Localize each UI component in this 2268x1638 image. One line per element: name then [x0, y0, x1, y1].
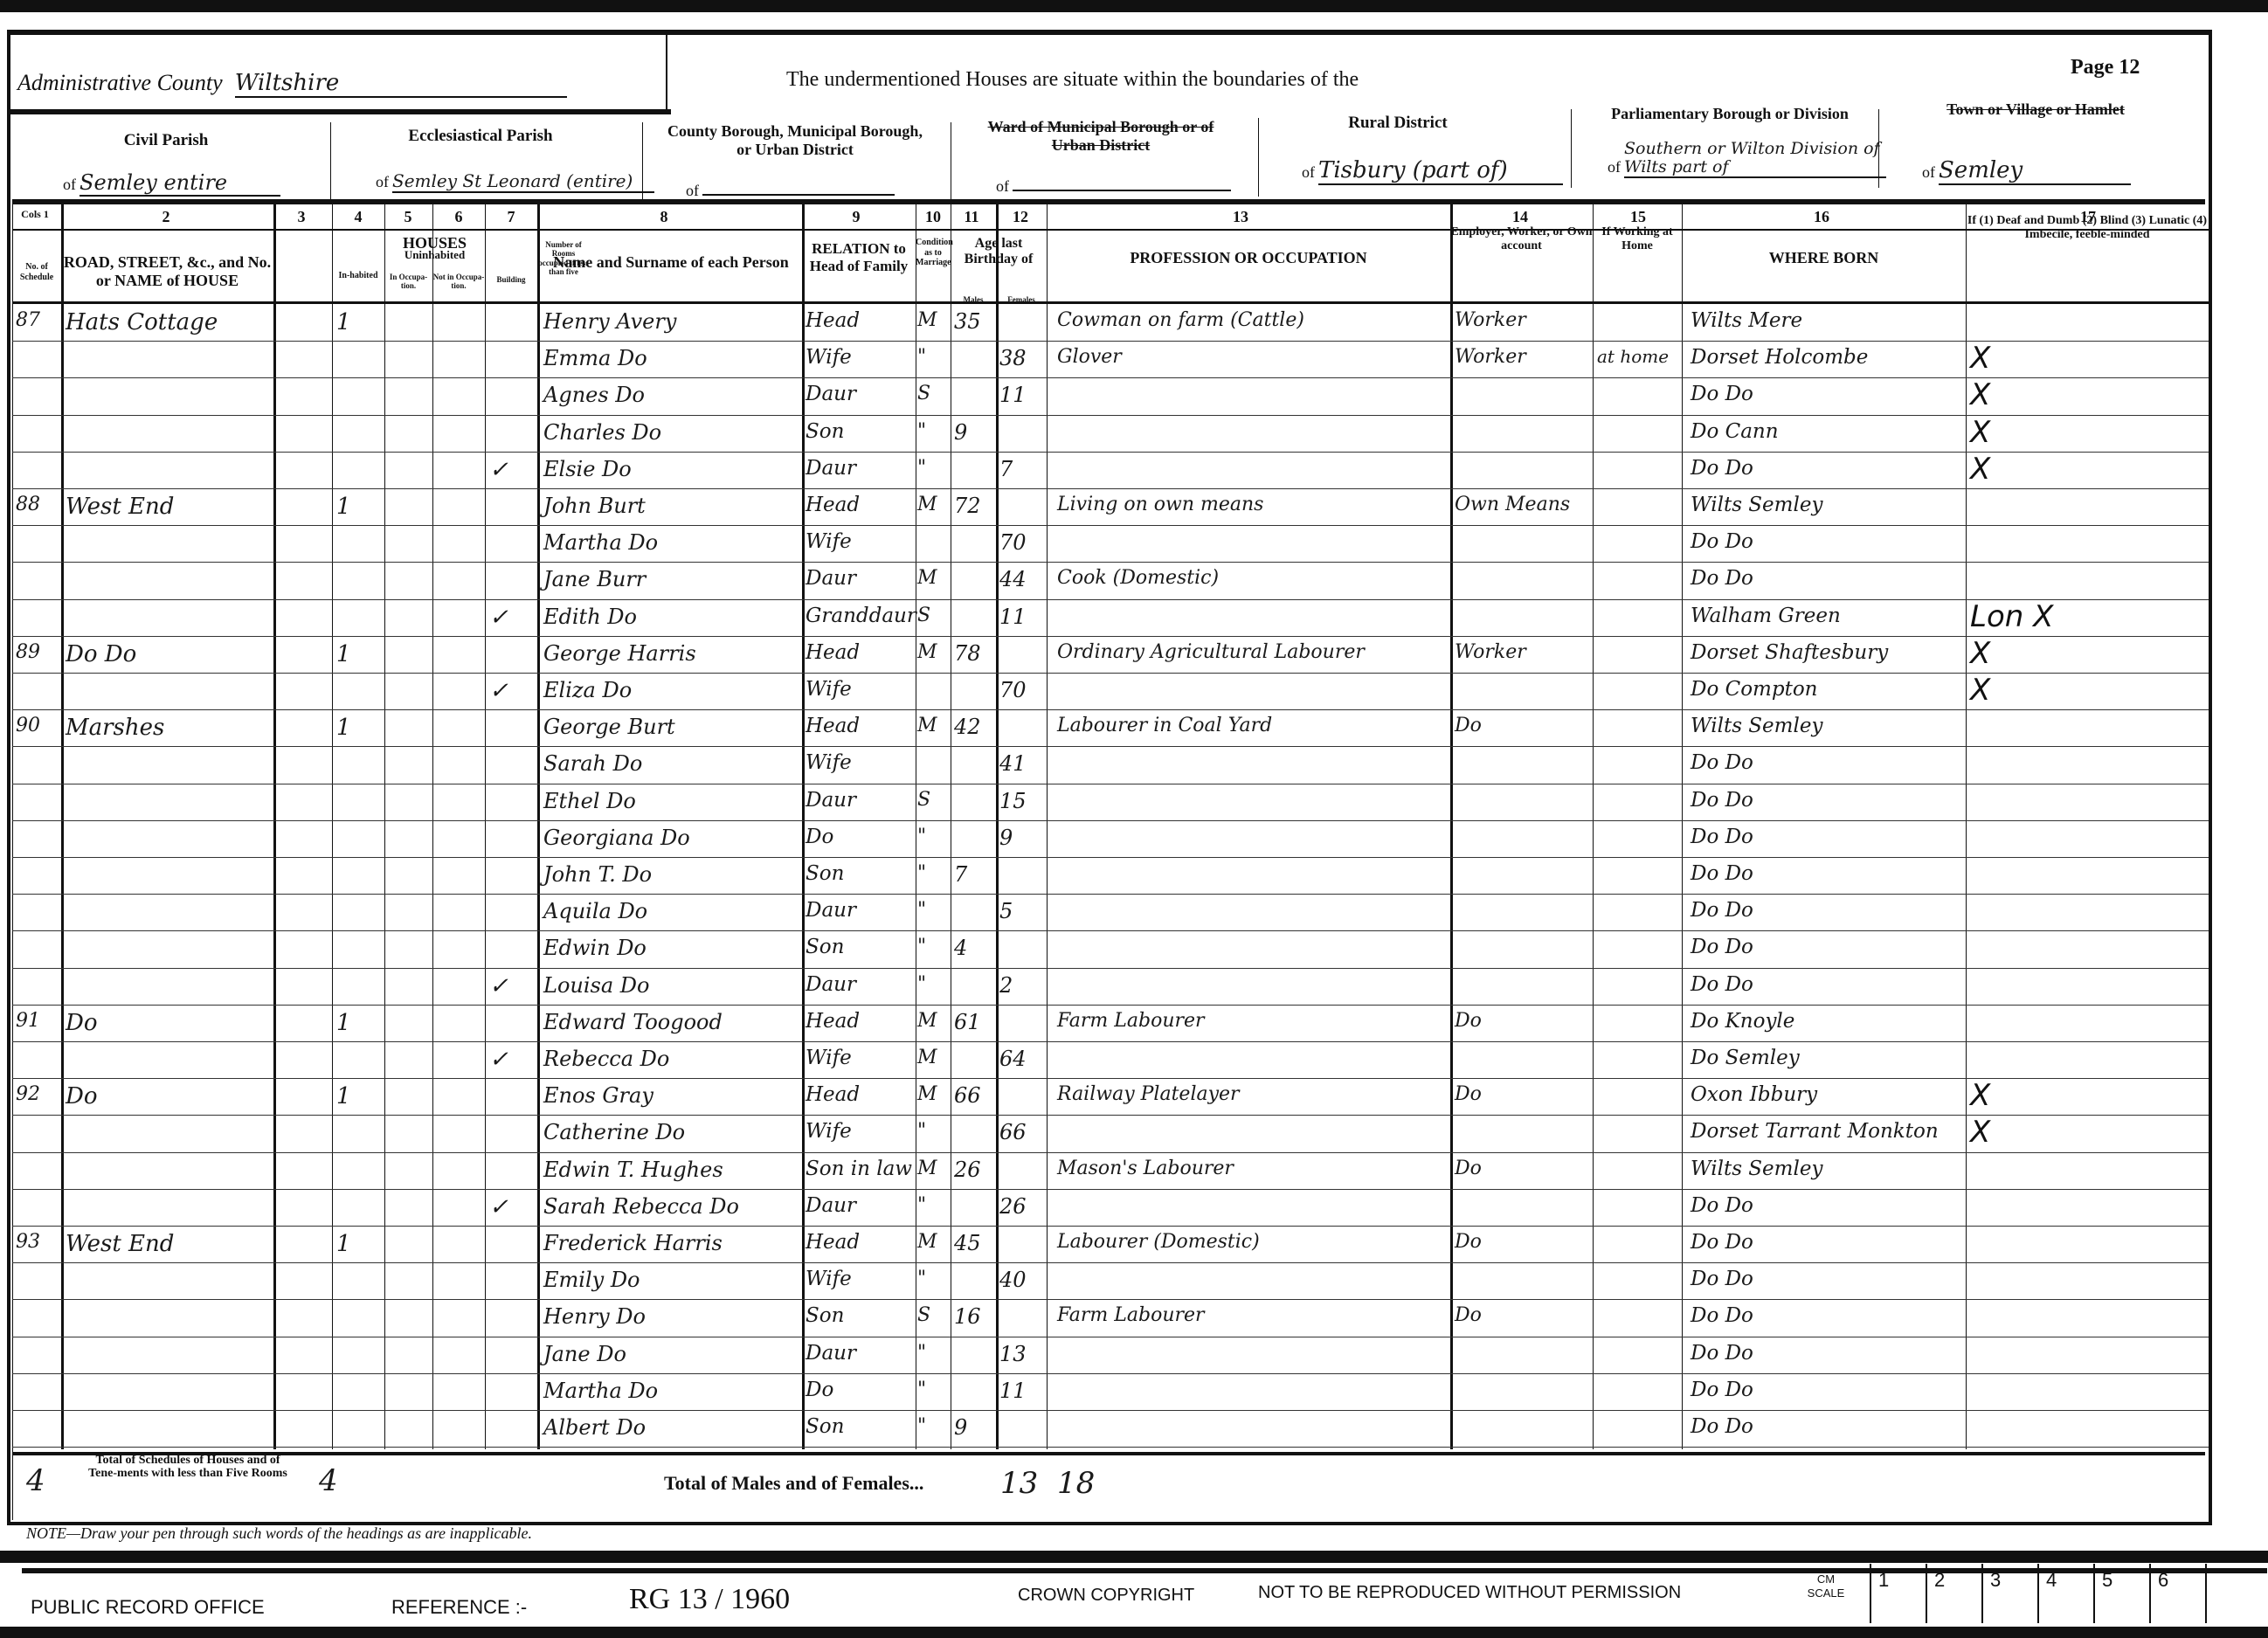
admin-county-label: Administrative County	[17, 70, 223, 95]
relation: Wife	[806, 751, 915, 774]
schedule-number: 88	[16, 494, 59, 515]
row-rule	[12, 784, 2209, 784]
age-female: 15	[999, 789, 1045, 813]
infirmity: X	[1970, 1078, 2206, 1113]
row-rule	[12, 1262, 2209, 1263]
condition: "	[917, 936, 949, 957]
age-male: 72	[954, 494, 996, 518]
row-rule	[12, 746, 2209, 747]
where-born: Do Do	[1691, 457, 1966, 480]
ward-value	[1013, 170, 1231, 191]
relation: Son	[806, 420, 915, 443]
age-female: 44	[999, 567, 1045, 591]
person-name: Rebecca Do	[543, 1047, 801, 1071]
town-village-label: Town or Village or Hamlet	[1905, 100, 2167, 119]
where-born: Do Do	[1691, 936, 1966, 958]
footer-reference: RG 13 / 1960	[629, 1583, 790, 1616]
scale-mark: 1	[1870, 1564, 1926, 1623]
employer-status: Own Means	[1455, 494, 1590, 515]
footer-copyright: CROWN COPYRIGHT	[1018, 1586, 1194, 1606]
age-male: 9	[954, 420, 996, 445]
building-mark: ✓	[489, 457, 533, 483]
divider	[1258, 118, 1259, 197]
relation: Head	[806, 715, 915, 737]
condition: M	[917, 1158, 949, 1179]
county-borough-value	[702, 175, 895, 196]
relation: Wife	[806, 1120, 915, 1143]
where-born: Do Knoyle	[1691, 1010, 1966, 1033]
row-rule	[12, 1226, 2209, 1227]
where-born: Do Do	[1691, 899, 1966, 922]
relation: Wife	[806, 678, 915, 701]
schedule-number: 92	[16, 1083, 59, 1105]
occupation-header: PROFESSION OR OCCUPATION	[1047, 249, 1450, 267]
person-name: George Burt	[543, 715, 801, 739]
road-name: West End	[66, 1231, 271, 1257]
column-number: 12	[994, 208, 1047, 226]
person-name: Albert Do	[543, 1415, 801, 1440]
where-born-header: WHERE BORN	[1682, 249, 1966, 267]
where-born: Wilts Semley	[1691, 494, 1966, 516]
employer-status: Do	[1455, 1304, 1590, 1326]
row-rule	[12, 673, 2209, 674]
relation: Daur	[806, 899, 915, 922]
employer-status: Do	[1455, 1083, 1590, 1105]
relation: Head	[806, 641, 915, 664]
relation: Son	[806, 1415, 915, 1438]
column-number: 15	[1612, 208, 1664, 226]
column-number: 2	[140, 208, 192, 226]
working-at-home: at home	[1597, 346, 1680, 367]
occupation: Labourer in Coal Yard	[1057, 715, 1450, 736]
column-number: 7	[485, 208, 537, 226]
county-borough: of	[686, 175, 895, 200]
column-number: 14	[1494, 208, 1546, 226]
relation: Wife	[806, 530, 915, 553]
where-born: Do Do	[1691, 1268, 1966, 1290]
condition: M	[917, 1083, 949, 1105]
row-rule	[12, 415, 2209, 416]
footer-reference-label: REFERENCE :-	[391, 1596, 527, 1619]
admin-county-value: Wiltshire	[235, 70, 567, 98]
where-born: Do Do	[1691, 1231, 1966, 1254]
age-female: 5	[999, 899, 1045, 923]
person-name: Elsie Do	[543, 457, 801, 481]
row-rule	[12, 894, 2209, 895]
row-rule	[12, 1041, 2209, 1042]
total-schedules: 4	[26, 1463, 45, 1498]
where-born: Do Do	[1691, 789, 1966, 812]
employer-status: Do	[1455, 1158, 1590, 1179]
age-male: 61	[954, 1010, 996, 1034]
condition: "	[917, 862, 949, 884]
row-rule	[12, 1005, 2209, 1006]
scale-mark: 4	[2037, 1564, 2093, 1623]
condition: S	[917, 1304, 949, 1326]
condition: "	[917, 826, 949, 847]
rural-district: of Tisbury (part of)	[1302, 157, 1563, 185]
person-name: Henry Do	[543, 1304, 801, 1329]
relation: Son	[806, 936, 915, 958]
employer-status: Worker	[1455, 309, 1590, 331]
occupation: Railway Platelayer	[1057, 1083, 1450, 1105]
occupation: Ordinary Agricultural Labourer	[1057, 641, 1450, 663]
road-name: Hats Cottage	[66, 309, 271, 335]
row-rule	[12, 562, 2209, 563]
county-borough-label: County Borough, Municipal Borough, or Ur…	[664, 122, 926, 158]
person-name: Edward Toogood	[543, 1010, 801, 1034]
infirmity-header: If (1) Deaf and Dumb (2) Blind (3) Lunat…	[1966, 214, 2209, 242]
person-name: Charles Do	[543, 420, 801, 445]
scale-mark: 2	[1926, 1564, 1981, 1623]
building-mark: ✓	[489, 605, 533, 631]
infirmity: X	[1970, 636, 2206, 671]
person-name: George Harris	[543, 641, 801, 666]
building-header: Building	[485, 275, 537, 284]
divider	[12, 199, 2205, 204]
row-rule	[12, 857, 2209, 858]
divider	[330, 122, 331, 201]
civil-parish-label: Civil Parish	[17, 131, 315, 150]
occupation: Labourer (Domestic)	[1057, 1231, 1450, 1253]
condition: "	[917, 1379, 949, 1400]
where-born: Dorset Tarrant Monkton	[1691, 1120, 1966, 1143]
row-rule	[12, 1373, 2209, 1374]
age-female: 11	[999, 605, 1045, 629]
parliamentary-borough: of Southern or Wilton Division of Wilts …	[1608, 140, 1896, 178]
condition: "	[917, 346, 949, 368]
occupation: Cowman on farm (Cattle)	[1057, 309, 1450, 331]
age-female: 70	[999, 678, 1045, 702]
note: NOTE—Draw your pen through such words of…	[26, 1524, 532, 1543]
age-female: 38	[999, 346, 1045, 370]
footer-office: PUBLIC RECORD OFFICE	[31, 1596, 265, 1619]
where-born: Do Do	[1691, 973, 1966, 996]
employer-header: Employer, Worker, or Own account	[1450, 225, 1593, 253]
name-header: Name and Surname of each Person	[540, 253, 802, 272]
inhabited-count: 1	[336, 309, 380, 335]
rural-district-value: Tisbury (part of)	[1318, 157, 1563, 185]
where-born: Do Compton	[1691, 678, 1966, 701]
age-female: 70	[999, 530, 1045, 555]
road-name: Do	[66, 1010, 271, 1036]
at-home-header: If Working at Home	[1593, 225, 1682, 253]
where-born: Wilts Semley	[1691, 1158, 1966, 1180]
road-name: Marshes	[66, 715, 271, 741]
row-rule	[12, 1447, 2209, 1448]
row-rule	[12, 930, 2209, 931]
building-mark: ✓	[489, 973, 533, 999]
person-name: Frederick Harris	[543, 1231, 801, 1255]
row-rule	[12, 709, 2209, 710]
condition: "	[917, 1342, 949, 1364]
person-name: John T. Do	[543, 862, 801, 887]
person-name: Edith Do	[543, 605, 801, 629]
total-females: 18	[1057, 1466, 1095, 1501]
where-born: Do Do	[1691, 567, 1966, 590]
relation: Daur	[806, 383, 915, 405]
condition: M	[917, 1047, 949, 1068]
scan-edge-top	[0, 0, 2268, 12]
age-female: 64	[999, 1047, 1045, 1071]
rural-district-label: Rural District	[1276, 114, 1520, 133]
relation: Son	[806, 1304, 915, 1327]
divider	[1571, 109, 1572, 188]
row-rule	[12, 1078, 2209, 1079]
person-name: Sarah Do	[543, 751, 801, 776]
where-born: Do Do	[1691, 1342, 1966, 1365]
row-rule	[12, 452, 2209, 453]
condition: "	[917, 1415, 949, 1437]
row-rule	[12, 599, 2209, 600]
condition: M	[917, 567, 949, 589]
relation: Head	[806, 494, 915, 516]
where-born: Do Do	[1691, 1194, 1966, 1217]
age-female: 9	[999, 826, 1045, 850]
employer-status: Worker	[1455, 641, 1590, 663]
age-male: 35	[954, 309, 996, 334]
footer-permission: NOT TO BE REPRODUCED WITHOUT PERMISSION	[1258, 1583, 1681, 1603]
age-female: 66	[999, 1120, 1045, 1144]
age-male: 16	[954, 1304, 996, 1329]
column-number: Cols 1	[9, 208, 61, 221]
row-rule	[12, 525, 2209, 526]
schedule-number: 91	[16, 1010, 59, 1032]
occupation: Farm Labourer	[1057, 1304, 1450, 1326]
age-male: 78	[954, 641, 996, 666]
occupation: Glover	[1057, 346, 1450, 368]
inhabited-count: 1	[336, 1231, 380, 1257]
person-name: Edwin Do	[543, 936, 801, 960]
relation: Daur	[806, 1194, 915, 1217]
relation: Wife	[806, 1047, 915, 1069]
inhabited-count: 1	[336, 1083, 380, 1109]
age-male: 26	[954, 1158, 996, 1182]
relation: Daur	[806, 567, 915, 590]
person-name: Jane Do	[543, 1342, 801, 1366]
inhabited-header: In-habited	[332, 271, 384, 281]
condition: S	[917, 605, 949, 626]
occupation: Farm Labourer	[1057, 1010, 1450, 1032]
condition: M	[917, 641, 949, 663]
person-name: Eliza Do	[543, 678, 801, 702]
column-number: 16	[1795, 208, 1848, 226]
ecclesiastical-parish-label: Ecclesiastical Parish	[332, 127, 629, 146]
scale-mark: 6	[2149, 1564, 2205, 1623]
column-number: 13	[1214, 208, 1267, 226]
age-female: 40	[999, 1268, 1045, 1292]
total-houses: 4	[319, 1463, 338, 1498]
divider	[12, 229, 2209, 231]
age-female: 7	[999, 457, 1045, 481]
scale-end	[2205, 1564, 2259, 1623]
condition-header: Condition as to Marriage	[916, 238, 951, 268]
relation: Do	[806, 1379, 915, 1401]
building-mark: ✓	[489, 678, 533, 704]
where-born: Dorset Shaftesbury	[1691, 641, 1966, 664]
row-rule	[12, 1189, 2209, 1190]
ward: of	[996, 170, 1231, 196]
person-name: Aquila Do	[543, 899, 801, 923]
condition: M	[917, 715, 949, 736]
relation: Daur	[806, 1342, 915, 1365]
age-female: 11	[999, 1379, 1045, 1403]
condition: "	[917, 457, 949, 479]
cm-scale: 123456	[1870, 1564, 2259, 1623]
occupation: Mason's Labourer	[1057, 1158, 1450, 1179]
where-born: Do Do	[1691, 383, 1966, 405]
condition: M	[917, 1010, 949, 1032]
column-number: 3	[275, 208, 328, 226]
infirmity: X	[1970, 341, 2206, 376]
row-rule	[12, 1152, 2209, 1153]
condition: M	[917, 494, 949, 515]
parliamentary-borough-label: Parliamentary Borough or Division	[1599, 105, 1861, 123]
row-rule	[12, 1299, 2209, 1300]
where-born: Wilts Mere	[1691, 309, 1966, 332]
person-name: Georgiana Do	[543, 826, 801, 850]
relation: Wife	[806, 346, 915, 369]
person-name: Catherine Do	[543, 1120, 801, 1144]
condition: "	[917, 420, 949, 442]
road-name: Do	[66, 1083, 271, 1109]
person-name: Enos Gray	[543, 1083, 801, 1108]
schedule-number: 87	[16, 309, 59, 331]
town-village-value: Semley	[1939, 157, 2131, 185]
ward-label: Ward of Municipal Borough or of Urban Di…	[970, 118, 1232, 154]
footer-bar	[0, 1627, 2268, 1638]
row-rule	[12, 636, 2209, 637]
footer-bar	[0, 1551, 2268, 1563]
condition: S	[917, 383, 949, 404]
schedule-number: 89	[16, 641, 59, 663]
town-village: of Semley	[1922, 157, 2131, 185]
schedule-number: 90	[16, 715, 59, 736]
where-born: Do Do	[1691, 1379, 1966, 1401]
age-male: 42	[954, 715, 996, 739]
building-mark: ✓	[489, 1047, 533, 1073]
relation: Granddaur	[806, 605, 915, 627]
inhabited-count: 1	[336, 494, 380, 520]
where-born: Do Do	[1691, 530, 1966, 553]
schedule-header: No. of Schedule	[12, 262, 61, 282]
condition: "	[917, 1120, 949, 1142]
road-name: Do Do	[66, 641, 271, 667]
ecclesiastical-parish: of Semley St Leonard (entire)	[376, 170, 654, 193]
column-number: 8	[638, 208, 690, 226]
relation: Head	[806, 1083, 915, 1106]
age-female: 13	[999, 1342, 1045, 1366]
age-female: 26	[999, 1194, 1045, 1219]
building-mark: ✓	[489, 1194, 533, 1220]
person-name: Edwin T. Hughes	[543, 1158, 801, 1182]
column-number: 11	[945, 208, 998, 226]
where-born: Walham Green	[1691, 605, 1966, 627]
age-header: Age last Birthday of	[951, 236, 1047, 268]
where-born: Do Do	[1691, 1415, 1966, 1438]
road-header: ROAD, STREET, &c., and No. or NAME of HO…	[61, 253, 273, 289]
where-born: Do Cann	[1691, 420, 1966, 443]
divider	[951, 122, 951, 201]
total-schedules-label: Total of Schedules of Houses and of Tene…	[87, 1454, 288, 1481]
row-rule	[12, 820, 2209, 821]
age-female: 41	[999, 751, 1045, 776]
person-name: Ethel Do	[543, 789, 801, 813]
occupation: Cook (Domestic)	[1057, 567, 1450, 589]
where-born: Oxon Ibbury	[1691, 1083, 1966, 1106]
person-name: Martha Do	[543, 1379, 801, 1403]
person-name: Sarah Rebecca Do	[543, 1194, 801, 1219]
infirmity: X	[1970, 452, 2206, 487]
where-born: Wilts Semley	[1691, 715, 1966, 737]
footer-scale-label: CM SCALE	[1800, 1572, 1852, 1600]
row-rule	[12, 1115, 2209, 1116]
person-name: Emma Do	[543, 346, 801, 370]
divider	[666, 35, 667, 114]
civil-parish-value: Semley entire	[80, 170, 280, 197]
in-occupation-header: In Occupa-tion.	[384, 273, 432, 291]
intro-text: The undermentioned Houses are situate wi…	[786, 68, 1359, 92]
age-female: 2	[999, 973, 1045, 998]
road-name: West End	[66, 494, 271, 520]
person-name: Louisa Do	[543, 973, 801, 998]
uninhabited-header: Uninhabited	[384, 249, 485, 262]
age-male: 45	[954, 1231, 996, 1255]
row-rule	[12, 488, 2209, 489]
total-persons-label: Total of Males and of Females...	[664, 1472, 923, 1495]
age-male: 7	[954, 862, 996, 887]
column-number: 4	[332, 208, 384, 226]
divider	[12, 1452, 2205, 1455]
person-name: John Burt	[543, 494, 801, 518]
row-rule	[12, 968, 2209, 969]
employer-status: Do	[1455, 1010, 1590, 1032]
column-number: 5	[382, 208, 434, 226]
column-divider	[2209, 204, 2209, 1520]
column-number: 6	[432, 208, 485, 226]
inhabited-count: 1	[336, 641, 380, 667]
scale-mark: 3	[1981, 1564, 2037, 1623]
age-male: 4	[954, 936, 996, 960]
page-number: Page 12	[2071, 56, 2140, 79]
condition: "	[917, 899, 949, 921]
relation: Son in law	[806, 1158, 915, 1180]
condition: "	[917, 1268, 949, 1289]
relation: Head	[806, 309, 915, 332]
relation: Daur	[806, 973, 915, 996]
where-born: Do Do	[1691, 1304, 1966, 1327]
condition: M	[917, 1231, 949, 1253]
row-rule	[12, 1337, 2209, 1337]
relation-header: RELATION to Head of Family	[802, 240, 916, 274]
not-in-occupation-header: Not in Occupa-tion.	[432, 273, 485, 291]
condition: "	[917, 973, 949, 995]
where-born: Dorset Holcombe	[1691, 346, 1966, 369]
ecclesiastical-parish-value: Semley St Leonard (entire)	[392, 170, 654, 193]
infirmity: Lon X	[1970, 599, 2206, 634]
age-male: 9	[954, 1415, 996, 1440]
occupation: Living on own means	[1057, 494, 1450, 515]
person-name: Agnes Do	[543, 383, 801, 407]
inhabited-count: 1	[336, 715, 380, 741]
column-number: 9	[830, 208, 882, 226]
person-name: Henry Avery	[543, 309, 801, 334]
where-born: Do Do	[1691, 862, 1966, 885]
parliamentary-borough-value: Southern or Wilton Division of Wilts par…	[1624, 140, 1886, 178]
person-name: Jane Burr	[543, 567, 801, 591]
relation: Daur	[806, 457, 915, 480]
total-males: 13	[1000, 1466, 1038, 1501]
